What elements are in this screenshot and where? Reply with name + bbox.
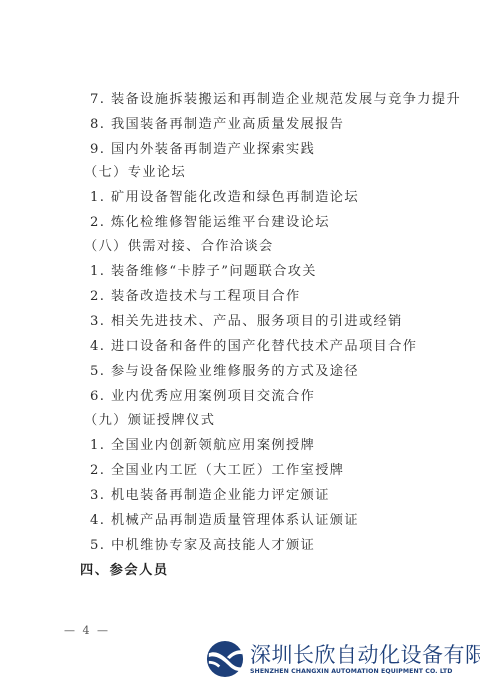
company-name-cn: 深圳长欣自动化设备有限公司 <box>250 643 480 667</box>
list-item-matchmaking-2: 2. 装备改造技术与工程项目合作 <box>90 288 301 306</box>
page-number: — 4 — <box>64 624 110 637</box>
list-item-forum-2: 2. 炼化检维修智能运维平台建设论坛 <box>90 214 330 232</box>
list-item-matchmaking-3: 3. 相关先进技术、产品、服务项目的引进或经销 <box>90 313 403 331</box>
list-item-award-1: 1. 全国业内创新领航应用案例授牌 <box>90 437 315 455</box>
list-item-award-5: 5. 中机维协专家及高技能人才颁证 <box>90 537 315 555</box>
list-item-9: 9. 国内外装备再制造产业探索实践 <box>90 141 315 159</box>
list-item-forum-1: 1. 矿用设备智能化改造和绿色再制造论坛 <box>90 189 359 207</box>
subsection-heading-9: （九）颁证授牌仪式 <box>84 412 215 430</box>
list-item-award-3: 3. 机电装备再制造企业能力评定颁证 <box>90 487 330 505</box>
list-item-matchmaking-4: 4. 进口设备和备件的国产化替代技术产品项目合作 <box>90 338 417 356</box>
section-heading-attendees: 四、参会人员 <box>80 562 169 580</box>
list-item-matchmaking-5: 5. 参与设备保险业维修服务的方式及途径 <box>90 363 359 381</box>
subsection-heading-8: （八）供需对接、合作洽谈会 <box>84 238 274 256</box>
document-page: 7. 装备设施拆装搬运和再制造企业规范发展与竞争力提升 8. 我国装备再制造产业… <box>0 0 480 680</box>
company-name-en: SHENZHEN CHANGXIN AUTOMATION EQUIPMENT C… <box>250 667 480 676</box>
changxin-logo-icon <box>206 640 244 678</box>
list-item-matchmaking-1: 1. 装备维修“卡脖子”问题联合攻关 <box>90 263 317 281</box>
list-item-8: 8. 我国装备再制造产业高质量发展报告 <box>90 116 344 134</box>
list-item-matchmaking-6: 6. 业内优秀应用案例项目交流合作 <box>90 388 315 406</box>
list-item-award-4: 4. 机械产品再制造质量管理体系认证颁证 <box>90 512 359 530</box>
subsection-heading-7: （七）专业论坛 <box>84 164 186 182</box>
company-watermark: 深圳长欣自动化设备有限公司 SHENZHEN CHANGXIN AUTOMATI… <box>206 638 476 680</box>
list-item-award-2: 2. 全国业内工匠（大工匠）工作室授牌 <box>90 462 344 480</box>
list-item-7: 7. 装备设施拆装搬运和再制造企业规范发展与竞争力提升 <box>90 91 461 109</box>
